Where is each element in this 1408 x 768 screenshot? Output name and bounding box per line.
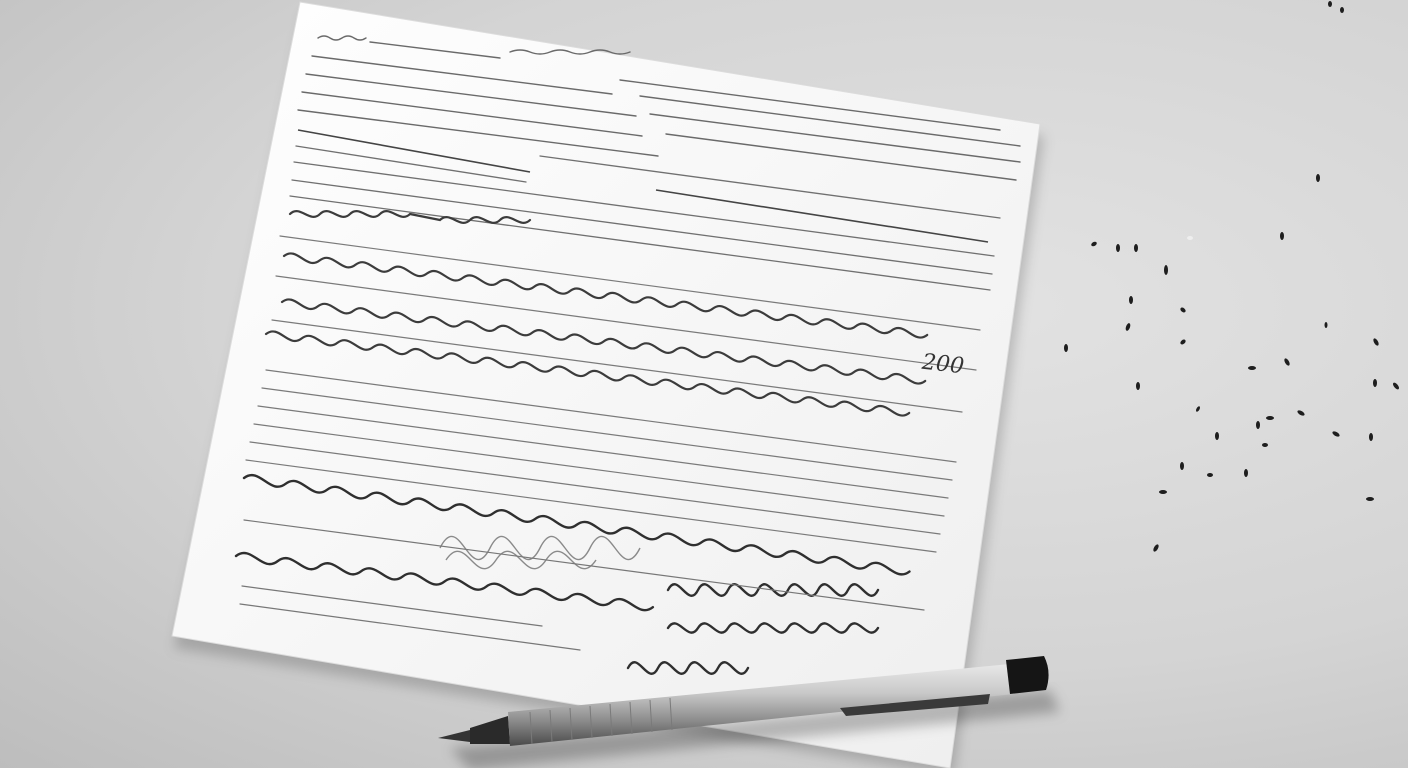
scene-illustration xyxy=(0,0,1408,768)
photo-scene: 200 xyxy=(0,0,1408,768)
document-paper xyxy=(172,2,1040,768)
scattered-seeds xyxy=(1064,1,1400,552)
legible-number: 200 xyxy=(921,350,966,380)
